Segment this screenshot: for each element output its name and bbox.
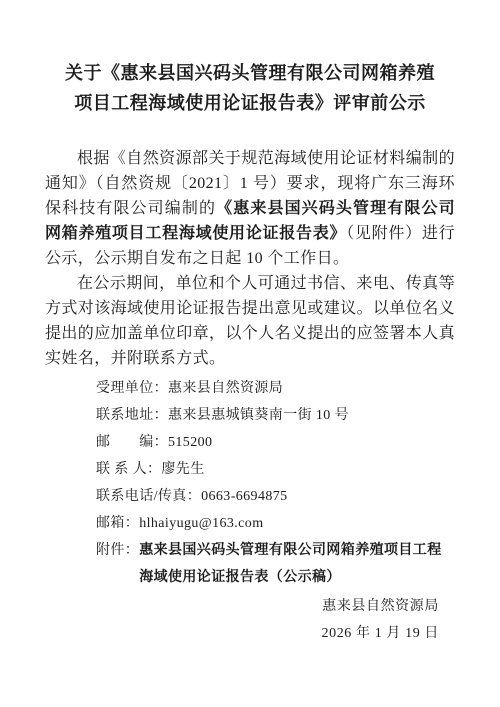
contact-address: 联系地址：惠来县惠城镇葵南一街 10 号 [96, 402, 455, 429]
attachment-row: 附件： 惠来县国兴码头管理有限公司网箱养殖项目工程 海域使用论证报告表（公示稿） [96, 537, 455, 591]
attachment-title-line-2: 海域使用论证报告表（公示稿） [139, 564, 441, 591]
signature-date: 2026 年 1 月 19 日 [45, 620, 439, 647]
signature-block: 惠来县自然资源局 2026 年 1 月 19 日 [45, 593, 455, 647]
attachment-title-line-1: 惠来县国兴码头管理有限公司网箱养殖项目工程 [139, 537, 441, 564]
contact-accepting-unit: 受理单位：惠来县自然资源局 [96, 375, 455, 402]
contact-postcode: 邮 编：515200 [96, 429, 455, 456]
contact-section: 受理单位：惠来县自然资源局 联系地址：惠来县惠城镇葵南一街 10 号 邮 编：5… [45, 375, 455, 591]
signature-org: 惠来县自然资源局 [45, 593, 439, 620]
contact-person: 联 系 人：廖先生 [96, 456, 455, 483]
attachment-title: 惠来县国兴码头管理有限公司网箱养殖项目工程 海域使用论证报告表（公示稿） [139, 537, 441, 591]
document-title: 关于《惠来县国兴码头管理有限公司网箱养殖 项目工程海域使用论证报告表》评审前公示 [45, 58, 455, 118]
paragraph-basis: 根据《自然资源部关于规范海域使用论证材料编制的通知》（自然资规〔2021〕1 号… [45, 146, 455, 271]
contact-email: 邮箱：hlhaiyugu@163.com [96, 510, 455, 537]
title-line-1: 关于《惠来县国兴码头管理有限公司网箱养殖 [45, 58, 455, 88]
document-page: 关于《惠来县国兴码头管理有限公司网箱养殖 项目工程海域使用论证报告表》评审前公示… [0, 0, 500, 707]
contact-phone-fax: 联系电话/传真：0663-6694875 [96, 483, 455, 510]
paragraph-feedback: 在公示期间，单位和个人可通过书信、来电、传真等方式对该海域使用论证报告提出意见或… [45, 271, 455, 371]
attachment-label: 附件： [96, 537, 139, 564]
title-line-2: 项目工程海域使用论证报告表》评审前公示 [45, 88, 455, 118]
